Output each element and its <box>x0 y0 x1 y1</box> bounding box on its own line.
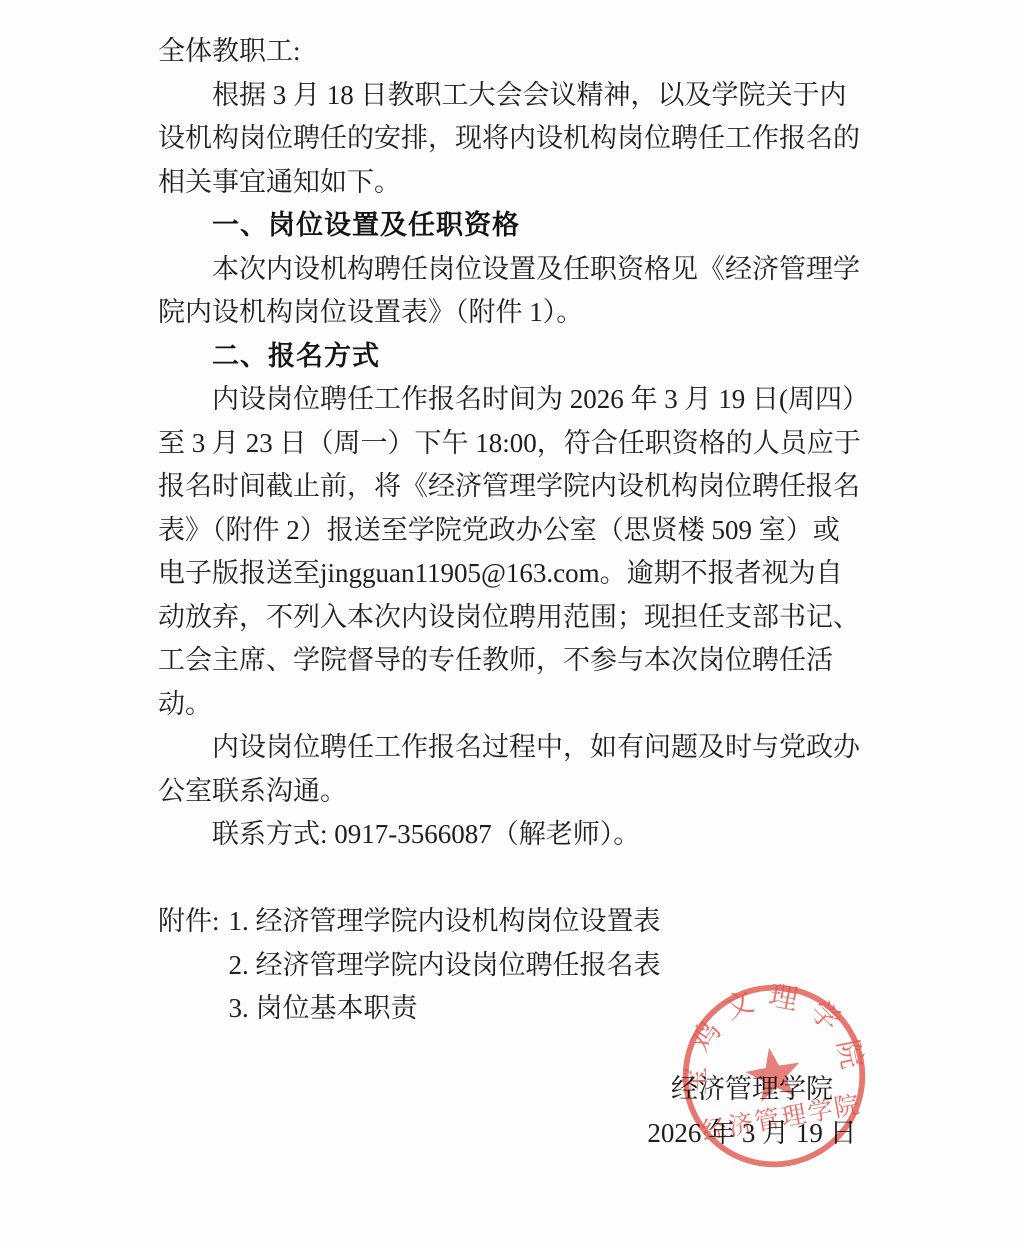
attachment-item-1: 1. 经济管理学院内设机构岗位设置表 <box>229 900 661 944</box>
contact-line: 联系方式: 0917-3566087（解老师）。 <box>158 813 872 857</box>
section2-body-1: 内设岗位聘任工作报名时间为 2026 年 3 月 19 日(周四） 至 3 月 … <box>158 378 872 726</box>
signature-date: 2026 年 3 月 19 日 <box>632 1112 872 1156</box>
signature-block: 经济管理学院 2026 年 3 月 19 日 <box>632 1068 872 1155</box>
attachments-list: 1. 经济管理学院内设机构岗位设置表 2. 经济管理学院内设岗位聘任报名表 3.… <box>229 900 661 1031</box>
blank-line <box>158 857 872 901</box>
document-body: 全体教职工: 根据 3 月 18 日教职工大会会议精神，以及学院关于内 设机构岗… <box>0 0 1024 1155</box>
intro-paragraph: 根据 3 月 18 日教职工大会会议精神，以及学院关于内 设机构岗位聘任的安排，… <box>158 74 872 205</box>
salutation: 全体教职工: <box>158 30 872 74</box>
attachment-item-2: 2. 经济管理学院内设岗位聘任报名表 <box>229 944 661 988</box>
attachment-item-3: 3. 岗位基本职责 <box>229 987 661 1031</box>
attachments-block: 附件: 1. 经济管理学院内设机构岗位设置表 2. 经济管理学院内设岗位聘任报名… <box>158 900 872 1031</box>
notice-document: 全体教职工: 根据 3 月 18 日教职工大会会议精神，以及学院关于内 设机构岗… <box>0 0 1024 1249</box>
signature-org: 经济管理学院 <box>632 1068 872 1112</box>
section2-heading: 二、报名方式 <box>158 335 872 379</box>
section1-body: 本次内设机构聘任岗位设置及任职资格见《经济管理学 院内设机构岗位设置表》（附件 … <box>158 248 872 335</box>
section2-body-2: 内设岗位聘任工作报名过程中，如有问题及时与党政办 公室联系沟通。 <box>158 726 872 813</box>
attachments-label: 附件: <box>158 900 220 1031</box>
section1-heading: 一、岗位设置及任职资格 <box>158 204 872 248</box>
